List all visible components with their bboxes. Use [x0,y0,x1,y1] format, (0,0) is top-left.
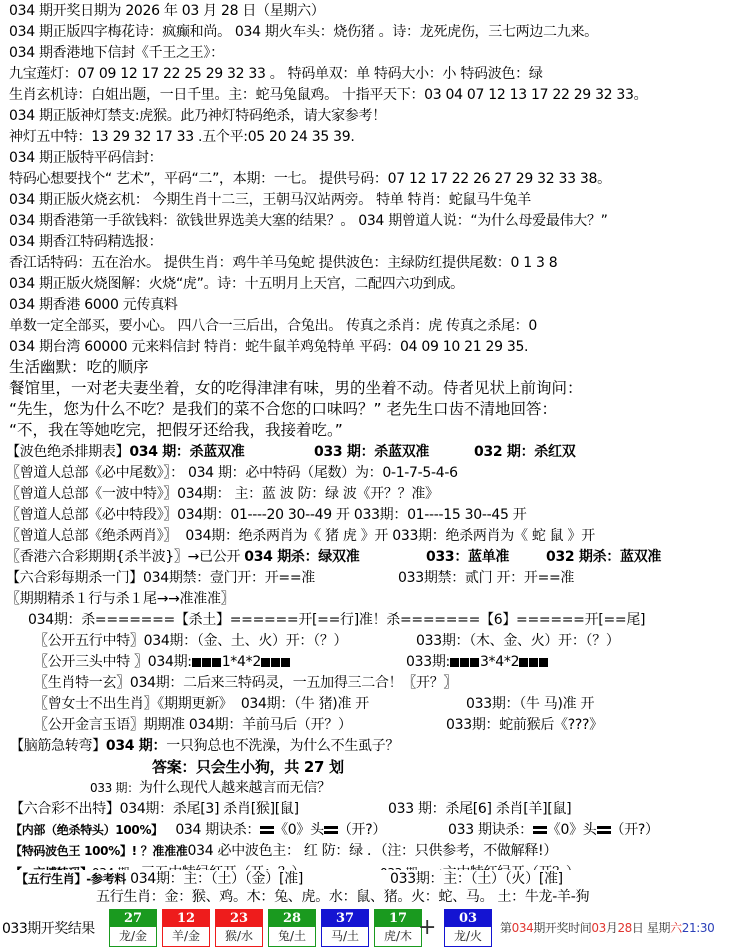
ball-number: 27 [110,910,156,927]
color-kill-033: 033 期：杀蓝双准 [314,443,429,461]
madam-zeng-033: 033期：（牛 马)准 开 [466,695,594,713]
ball-number: 28 [269,910,315,927]
special-ball: 03龙/火 [444,909,492,947]
five-element-row: 〖公开五行中特〗034期：（金、土、火）开：（？） 033期：（木、金、火）开：… [34,632,347,650]
xiangjiang-title-line: 034 期香江特码精选报： [9,233,162,251]
lamp-five-line: 神灯五中特：13 29 32 17 33 .五个平:05 20 24 35 39… [9,128,355,146]
madam-zeng-title: 〖曾女士不出生肖〗《期期更新》 [34,696,233,712]
ball-number: 03 [445,910,491,927]
nd-day: 28 [617,921,631,935]
humor-line-2: “先生，您为什么不吃？是我们的菜不合您的口味吗？” 老先生口齿不清地回答： [9,400,557,418]
one-wave-row: 〖曾道人总部《一波中特》〗034期： 主：蓝 波 防：绿 波《开？？准》 [6,485,439,503]
five-zodiac-row: 【五行生肖】-参考料 034期：主：（土）（金）[准] 033期：主：（土）（火… [16,870,303,888]
special-range-text: 034期：01----20 30--49 开 033期：01----15 30-… [177,507,526,523]
redacted-block-icon [533,826,547,834]
three-head-033-label: 033期: [406,654,450,670]
lamp-ban-line: 034 期正版神灯禁支:虎猴。此乃神灯特码绝杀，请大家参考！ [9,107,386,125]
three-head-title: 〖公开三头中特 〗 [34,654,148,670]
brain-teaser-033-label: 033 期： [90,781,139,795]
zodiac-mystery-row: 〖生肖特一玄〗034期：二后来三特码灵，一五加得三二合！〖开？〗 [34,674,457,692]
results-label: 033期开奖结果 [2,918,95,938]
redacted-block-icon [450,658,480,667]
color-kill-row: 【波色绝杀排期表】034 期：杀蓝双准 033 期：杀蓝双准 032 期：杀红双 [6,443,244,461]
first-hand-line: 034 期香港第一手欲钱料：欲钱世界选美大塞的结果？。 034 期曾道人说：“为… [9,212,608,230]
redacted-block-icon [192,658,222,667]
ball-zodiac: 龙/火 [445,927,491,946]
xiangjiang-special-line: 香江话特码：五在治水。 提供生肖：鸡牛羊马兔蛇 提供波色：主绿防红提供尾数：0 … [9,254,557,272]
internal-kill-033-label: 033 期诀杀： [448,822,533,838]
kill-door-033: 033期禁：贰门 开：开==准 [398,569,574,587]
fax-title-line: 034 期香港 6000 元传真料 [9,296,178,314]
internal-kill-033-head: 《0》头 [547,822,597,838]
color-kill-032: 032 期：杀红双 [474,443,575,461]
ball-number: 37 [322,910,368,927]
wave-king-text: 034 必中波色主： 红 防：绿 ．（注：只供参考，不做解释!） [188,843,558,859]
nine-lamp-line: 九宝莲灯：07 09 12 17 22 25 29 32 33 。 特码单双：单… [9,65,543,83]
three-head-row: 〖公开三头中特 〗034期:1*4*2 033期:3*4*2 [34,653,291,671]
redacted-block-icon [260,826,274,834]
half-wave-row: 〖香港六合彩期期{杀半波}〗→已公开 034 期杀：绿双准 033：蓝单准 03… [6,548,359,566]
color-kill-title: 【波色绝杀排期表】 [6,444,129,460]
three-head-033-value: 3*4*2 [480,654,519,670]
internal-kill-034-status: （开?） [338,822,386,838]
tail-number-title: 〖曾道人总部《必中尾数》〗： [6,465,184,481]
three-head-034-value: 1*4*2 [222,654,261,670]
fax-content-line: 单数一定全部买，要小心。 四八合一三后出，合兔出。 传真之杀肖：虎 传真之杀尾：… [9,317,537,335]
kill-door-row: 【六合彩每期杀一门】034期禁：壹门开：开==准 033期禁：贰门 开：开==准 [6,569,315,587]
result-ball: 12羊/金 [162,909,210,947]
one-wave-text: 034期： 主：蓝 波 防：绿 波《开？？准》 [177,486,439,502]
ball-zodiac: 龙/金 [110,927,156,946]
humor-line-1: 餐馆里，一对老夫妻坐着，女的吃得津津有味，男的坐着不动。侍者见状上前询问： [9,379,583,397]
nd-weekday-label: 日 星期 [632,921,670,935]
kill-two-text: 034期：绝杀两肖为《 猪 虎 》开 033期：绝杀两肖为《 蛇 鼠 》开 [185,528,595,544]
brain-teaser-034-label: 034 期： [106,738,166,754]
ball-number: 17 [375,910,421,927]
humor-line-3: “不，我在等她吃完，把假牙还给我，我接着吃。” [9,421,343,439]
kill-two-title: 〖曾道人总部《绝杀两肖》〗 [6,528,177,544]
special-range-title: 〖曾道人总部《必中特段》〗 [6,507,177,523]
special-art-line: 特码心想要找个“ 艺术”，平码“二”，本期：一七。 提供号码：07 12 17 … [9,170,611,188]
nd-issue: 034 [512,921,534,935]
brain-teaser-033-question: 为什么现代人越来越言而无信？ [139,780,331,796]
result-ball: 28兔/土 [268,909,316,947]
three-head-033: 033期:3*4*2 [406,653,549,671]
brain-teaser-033-row: 033 期：为什么现代人越来越言而无信？ [90,779,331,797]
redacted-block-icon [597,826,611,834]
plus-sign: + [418,915,436,940]
half-wave-title: 〖香港六合彩期期{杀半波}〗→已公开 [6,549,244,565]
redacted-block-icon [324,826,338,834]
plum-poem-line: 034 期正版四字梅花诗：疯癫和尚。 034 期火车头：烧伤猪 。诗：龙死虎伤，… [9,23,598,41]
wave-king-title: 【特码波色王 100%】! ？准准准 [10,844,188,858]
half-wave-034: 034 期杀：绿双准 [244,549,359,565]
zodiac-mystery-text: 034期：二后来三特码灵，一五加得三二合！〖开？〗 [130,675,457,691]
color-kill-034: 034 期：杀蓝双准 [129,444,244,460]
result-ball: 17虎/木 [374,909,422,947]
five-element-034: 034期：（金、土、火）开：（？） [144,633,348,649]
zodiac-poem-line: 生肖玄机诗：白姐出题，一日千里。主：蛇马兔鼠鸡。 十指平天下：03 04 07 … [9,86,647,104]
next-draw-time: 第034期开奖时间03月28日 星期六21:30 [500,919,714,936]
taiwan-envelope-line: 034 期台湾 60000 元来料信封 特肖：蛇牛鼠羊鸡兔特单 平码：04 09… [9,338,528,356]
brain-teaser-title: 【脑筋急转弯】 [10,738,106,754]
kill-two-row: 〖曾道人总部《绝杀两肖》〗 034期：绝杀两肖为《 猪 虎 》开 033期：绝杀… [6,527,595,545]
no-special-row: 【六合彩不出特】034期：杀尾[3] 杀肖[猴][鼠] 033 期：杀尾[6] … [10,800,299,818]
five-zodiac-block: 【五行生肖】-参考料 034期：主：（土）（金）[准] 033期：主：（土）（火… [16,870,736,906]
madam-zeng-row: 〖曾女士不出生肖〗《期期更新》 034期：（牛 猪)准 开 033期：（牛 马)… [34,695,369,713]
draw-results-bar: 033期开奖结果 27龙/金12羊/金23猴/水28兔/土37马/土17虎/木 … [0,907,738,947]
nd-prefix: 第 [500,921,512,935]
kill-door-title: 【六合彩每期杀一门】 [6,570,143,586]
nd-label: 期开奖时间 [533,921,591,935]
redacted-block-icon [519,658,549,667]
ball-number: 23 [216,910,262,927]
ball-zodiac: 猴/水 [216,927,262,946]
brain-teaser-answer: 答案：只会生小狗，共 27 划 [152,758,344,776]
ball-number: 12 [163,910,209,927]
precise-kill-title: 〖期期精杀１行与杀１尾→→准准准〗 [6,590,234,608]
nd-month-unit: 月 [606,921,618,935]
special-range-row: 〖曾道人总部《必中特段》〗034期：01----20 30--49 开 033期… [6,506,526,524]
tail-number-text: 034 期：必中特码（尾数）为：0-1-7-5-4-6 [188,465,458,481]
humor-title-line: 生活幽默：吃的顺序 [9,358,149,376]
nd-time: 21:30 [682,921,715,935]
redacted-block-icon [261,658,291,667]
five-zodiac-subtitle: -参考料 [86,872,126,886]
internal-kill-034-label: 034 期诀杀： [175,822,260,838]
fire-chart-line: 034 期正版火烧图解：火烧“虎”。诗：十五明月上天宫，二配四六功到成。 [9,275,464,293]
envelope-title-line: 034 期香港地下信封《千王之王》： [9,44,224,62]
five-zodiac-detail: 五行生肖：金：猴、鸡。木：兔、虎。水：鼠、猪。火：蛇、马。 土：牛龙-羊-狗 [96,888,589,906]
nd-weekday: 六 [670,921,682,935]
zodiac-mystery-title: 〖生肖特一玄〗 [34,675,130,691]
five-element-033: 033期：（木、金、火）开：（？） [416,632,620,650]
no-special-034: 034期：杀尾[3] 杀肖[猴][鼠] [120,801,299,817]
internal-kill-033-status: （开?） [611,822,659,838]
ball-zodiac: 羊/金 [163,927,209,946]
one-wave-title: 〖曾道人总部《一波中特》〗 [6,486,177,502]
draw-date-line: 034 期开奖日期为 2026 年 03 月 28 日（星期六） [9,2,325,20]
no-special-033: 033 期：杀尾[6] 杀肖[羊][鼠] [388,800,571,818]
ball-zodiac: 马/土 [322,927,368,946]
half-wave-033: 033：蓝单准 [426,548,509,566]
half-wave-032: 032 期杀：蓝双准 [546,548,661,566]
ball-zodiac: 虎/木 [375,927,421,946]
five-zodiac-034: 034期：主：（土）（金）[准] [130,871,303,887]
result-ball: 27龙/金 [109,909,157,947]
no-special-title: 【六合彩不出特】 [10,801,120,817]
result-ball: 23猴/水 [215,909,263,947]
golden-words-034: 034期：羊前马后（开？） [189,717,352,733]
precise-kill-text: 034期：杀=======【杀土】======开[==行]准！杀=======【… [28,611,645,629]
five-element-title: 〖公开五行中特〗 [34,633,144,649]
golden-words-row: 〖公开金言玉语〗期期准 034期：羊前马后（开？） 033期：蛇前猴后《???》 [34,716,352,734]
internal-kill-row: 【内部（绝杀特头）100%】 034 期诀杀：《0》头（开?） 033 期诀杀：… [10,821,386,839]
madam-zeng-034: 034期：（牛 猪)准 开 [241,696,369,712]
nd-month: 03 [591,921,605,935]
result-ball: 37马/土 [321,909,369,947]
golden-words-033: 033期：蛇前猴后《???》 [446,716,603,734]
internal-kill-033: 033 期诀杀：《0》头（开?） [448,821,659,839]
internal-kill-034-head: 《0》头 [274,822,324,838]
five-zodiac-title: 【五行生肖】 [16,872,86,886]
three-head-034-label: 034期: [148,654,192,670]
golden-words-title: 〖公开金言玉语〗期期准 [34,717,189,733]
brain-teaser-row: 【脑筋急转弯】034 期：一只狗总也不洗澡，为什么不生虱子？ [10,737,399,755]
kill-door-034: 034期禁：壹门开：开==准 [143,570,315,586]
ball-zodiac: 兔/土 [269,927,315,946]
internal-kill-title: 【内部（绝杀特头）100%】 [10,823,163,837]
fire-mystery-line: 034 期正版火烧玄机： 今期生肖十二三，王朝马汉站两旁。 特单 特肖：蛇鼠马牛… [9,191,531,209]
wave-king-row: 【特码波色王 100%】! ？准准准034 必中波色主： 红 防：绿 ．（注：只… [10,842,557,860]
brain-teaser-question: 一只狗总也不洗澡，为什么不生虱子？ [166,738,399,754]
tail-number-row: 〖曾道人总部《必中尾数》〗： 034 期：必中特码（尾数）为：0-1-7-5-4… [6,464,458,482]
envelope-flat-title-line: 034 期正版特平码信封： [9,149,162,167]
five-zodiac-033: 033期：主：（土）（火）[准] [390,870,563,888]
